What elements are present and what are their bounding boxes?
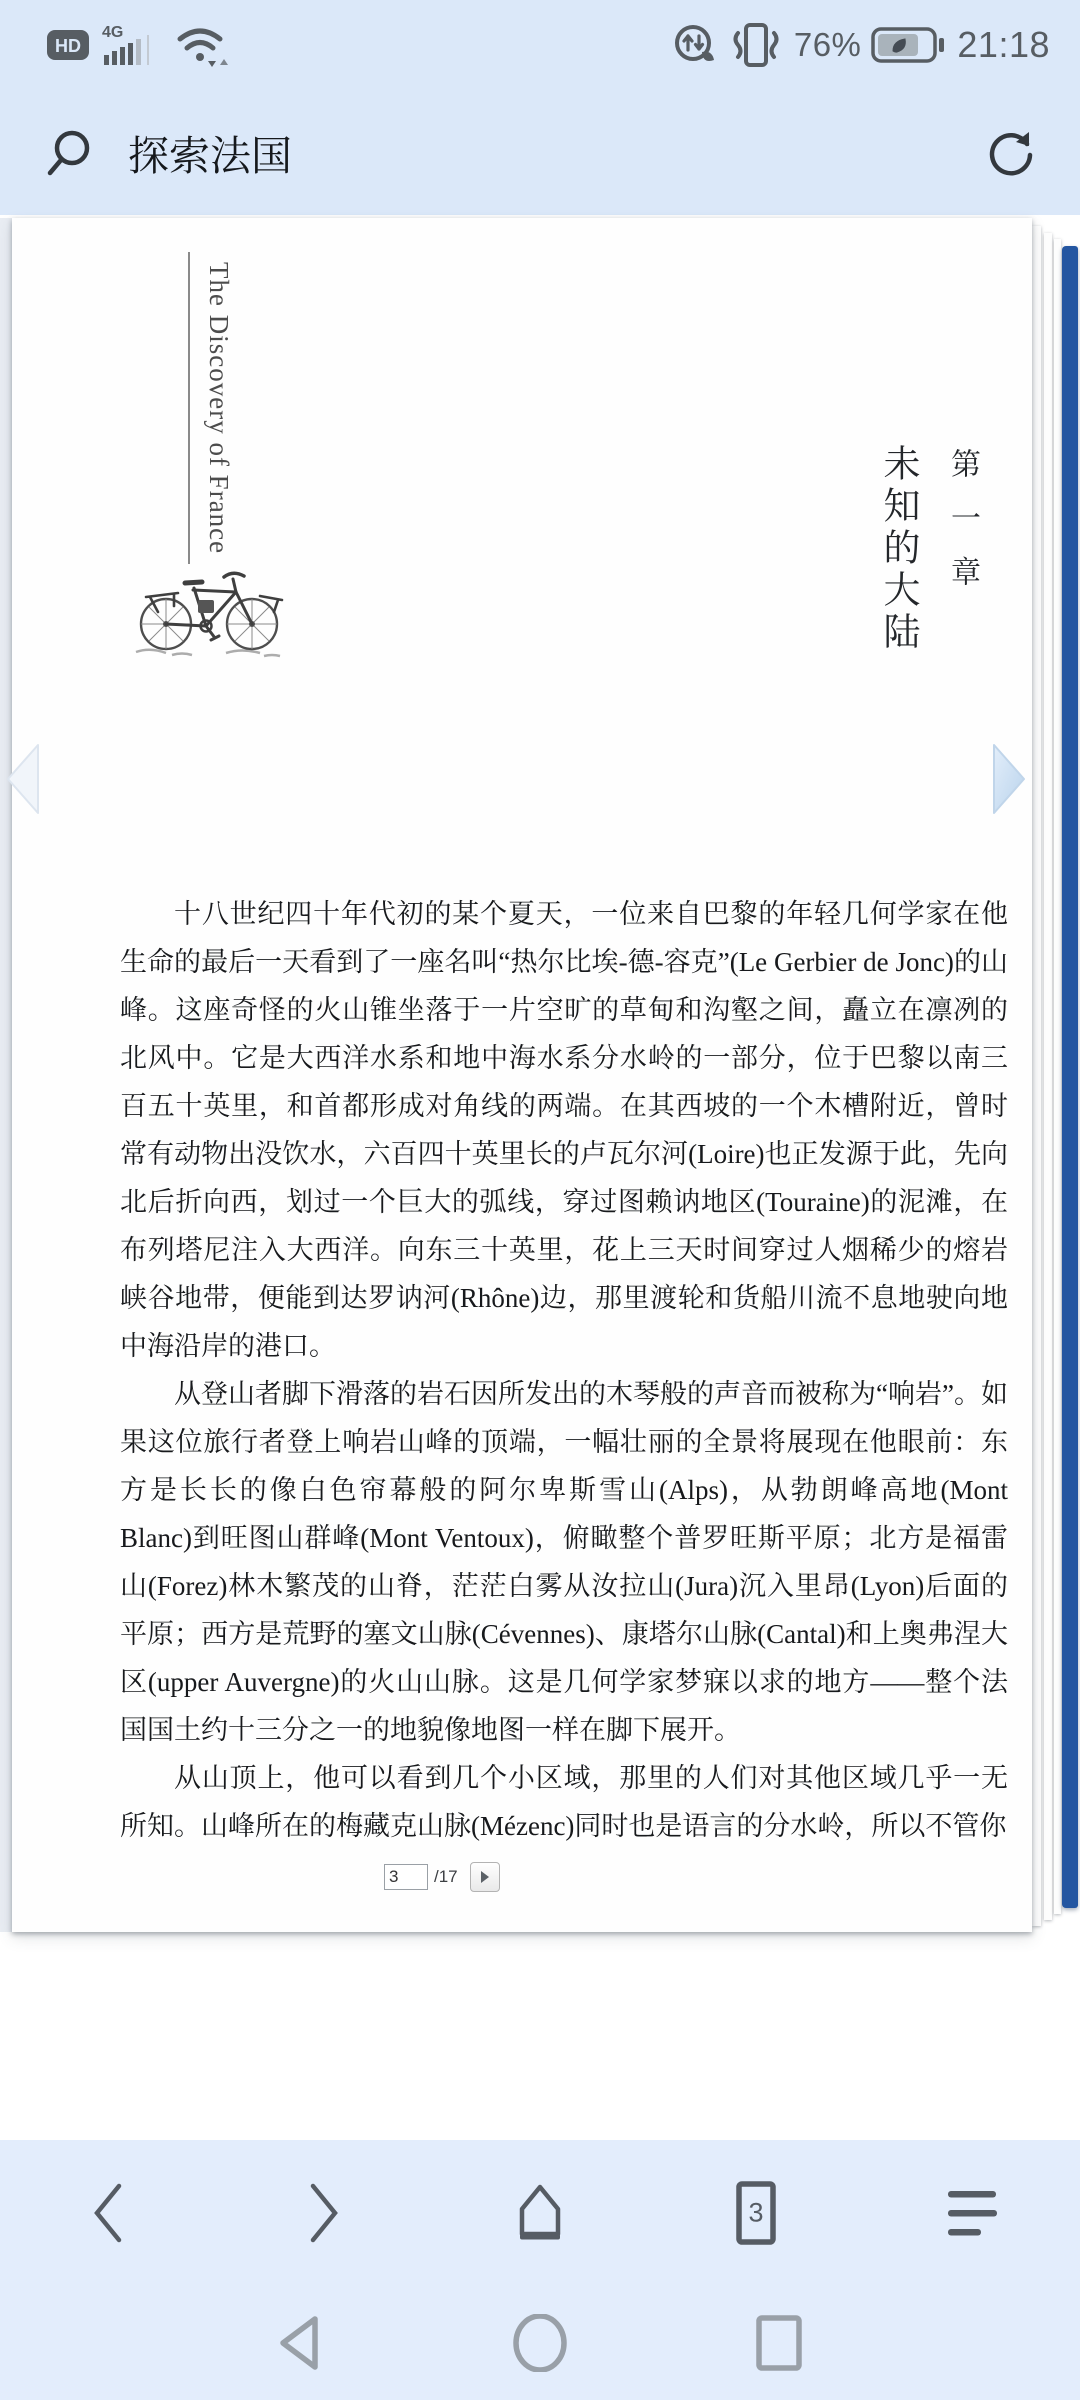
refresh-icon[interactable]: [984, 126, 1038, 180]
browser-toolbar: 3: [0, 2140, 1080, 2285]
menu-button[interactable]: [864, 2140, 1080, 2285]
page-total-label: /17: [434, 1867, 458, 1887]
paragraph: 十八世纪四十年代初的某个夏天，一位来自巴黎的年轻几何学家在他生命的最后一天看到了…: [120, 890, 1008, 1370]
circle-icon: [511, 2314, 569, 2372]
chapter-heading: 第一章 未知的大陆: [870, 444, 984, 654]
book-series-title: The Discovery of France: [198, 262, 234, 562]
forward-button[interactable]: [216, 2140, 432, 2285]
paragraph: 从登山者脚下滑落的岩石因所发出的木琴般的声音而被称为“响岩”。如果这位旅行者登上…: [120, 1370, 1008, 1754]
stacked-page-edge: [1054, 239, 1061, 1914]
stacked-page-edge: [1044, 233, 1052, 1920]
battery-saver-icon: [871, 24, 947, 66]
page-number-input[interactable]: [384, 1864, 428, 1890]
tab-count: 3: [748, 2197, 763, 2228]
back-button[interactable]: [0, 2140, 216, 2285]
page-left-gutter: [0, 218, 12, 1932]
android-navigation-bar: [0, 2285, 1080, 2400]
divider-rule: [188, 252, 190, 564]
home-button[interactable]: [432, 2140, 648, 2285]
android-home-button[interactable]: [505, 2313, 575, 2373]
web-content-area: The Discovery of France: [0, 215, 1080, 2140]
menu-icon: [944, 2185, 1000, 2241]
search-query-text[interactable]: 探索法国: [128, 123, 984, 182]
chapter-title: 未知的大陆: [870, 444, 924, 654]
wifi-icon: [174, 21, 230, 69]
android-back-button[interactable]: [269, 2313, 333, 2373]
body-text: 十八世纪四十年代初的某个夏天，一位来自巴黎的年轻几何学家在他生命的最后一天看到了…: [120, 890, 1008, 1850]
square-icon: [753, 2314, 805, 2372]
vibrate-icon: [728, 20, 784, 70]
stacked-page-edge: [1032, 226, 1041, 1926]
book-page: The Discovery of France: [12, 218, 1032, 1932]
hd-badge-icon: HD: [46, 29, 90, 61]
svg-text:4G: 4G: [102, 24, 123, 41]
paragraph: 从山顶上，他可以看到几个小区域，那里的人们对其他区域几乎一无所知。山峰所在的梅藏…: [120, 1754, 1008, 1850]
go-to-page-button[interactable]: [470, 1862, 500, 1892]
status-bar: HD 4G: [0, 0, 1080, 90]
book-cover-edge: [1062, 246, 1078, 1908]
browser-search-bar[interactable]: 探索法国: [0, 90, 1080, 215]
data-usage-icon: [672, 22, 718, 68]
triangle-left-icon: [275, 2314, 327, 2372]
svg-text:HD: HD: [55, 36, 81, 56]
chapter-number: 第一章: [940, 444, 984, 654]
tabs-button[interactable]: 3: [648, 2140, 864, 2285]
battery-percent: 76%: [794, 26, 862, 64]
pdf-page-navigator: /17: [384, 1862, 500, 1892]
search-icon[interactable]: [42, 126, 94, 180]
signal-strength-icon: 4G: [100, 21, 164, 69]
chevron-right-icon: [307, 2182, 341, 2244]
next-page-arrow-icon[interactable]: [992, 742, 1028, 816]
chevron-left-icon: [91, 2182, 125, 2244]
android-recents-button[interactable]: [747, 2313, 811, 2373]
bicycle-illustration: [130, 548, 290, 660]
previous-page-arrow-icon[interactable]: [4, 742, 40, 816]
home-icon: [508, 2180, 572, 2246]
clock: 21:18: [957, 24, 1050, 66]
